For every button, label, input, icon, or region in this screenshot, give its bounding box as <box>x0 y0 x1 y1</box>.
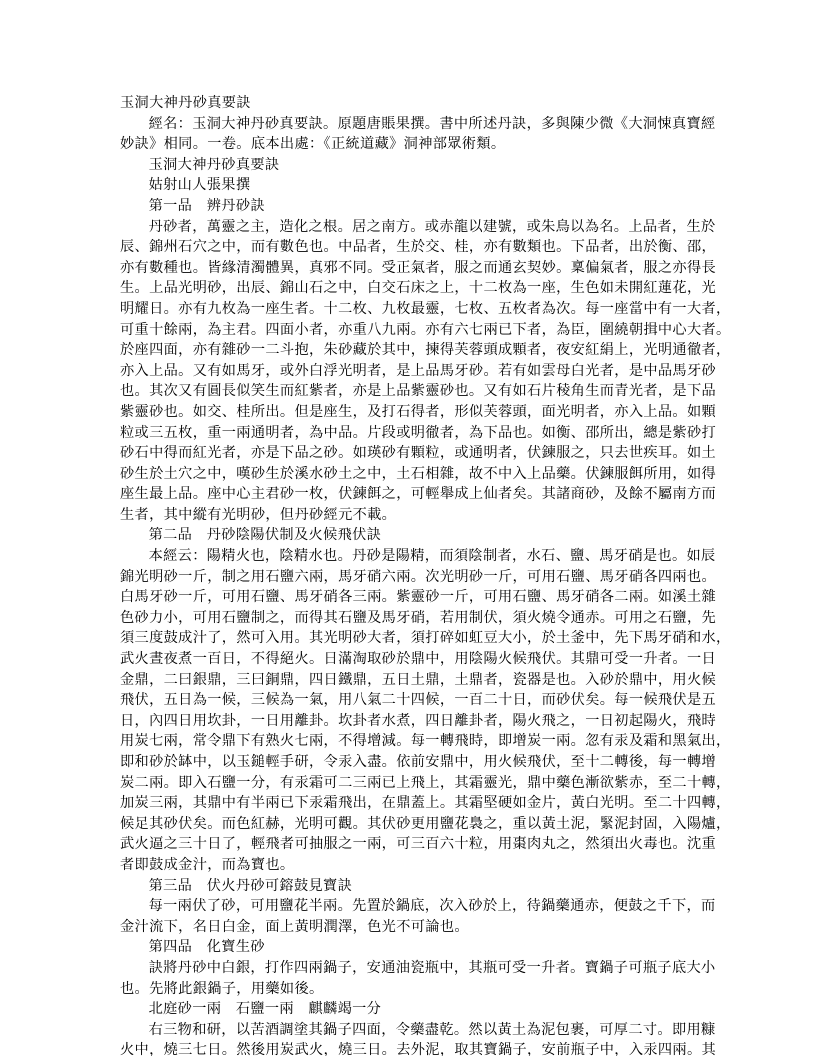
text-line: 姑射山人張果撰 <box>120 175 700 196</box>
text-line: 每一兩伏了砂，可用鹽花半兩。先置於鍋底，次入砂於上，待鍋藥通赤，便鼓之千下，而 <box>120 896 697 917</box>
text-line: 金鼎，二曰銀鼎，三曰銅鼎，四日鐵鼎，五日土鼎，土鼎者，瓷器是也。入砂於鼎中，用火… <box>120 670 697 691</box>
text-line: 於座四面，亦有雜砂一二斗抱，朱砂藏於其中，揀得芙蓉頭成顆者，夜安紅絹上，光明通徹… <box>120 340 697 361</box>
text-line: 妙訣》相同。一卷。底本出處：《正統道藏》洞神部眾術類。 <box>120 134 700 155</box>
text-line: 砂石中得而紅光者，亦是下品之砂。如瑛砂有顆粒，或通明者，伏鍊服之，只去世疾耳。如… <box>120 443 697 464</box>
text-line: 炭二兩。即入石鹽一分，有汞霜可二三兩已上飛上，其霜靈光，鼎中藥色漸欲紫赤，至二十… <box>120 773 697 794</box>
text-line: 座生最上品。座中心主君砂一枚，伏鍊餌之，可輕舉成上仙者矣。其諸商砂，及餘不屬南方… <box>120 484 697 505</box>
text-line: 錦光明砂一斤，制之用石鹽六兩，馬牙硝六兩。次光明砂一斤，可用石鹽、馬牙硝各四兩也… <box>120 567 697 588</box>
text-line: 紫靈砂也。如交、桂所出。但是座生，及打石得者，形似芙蓉頭，面光明者，亦入上品。如… <box>120 402 697 423</box>
text-line: 色砂力小，可用石鹽制之，而得其石鹽及馬牙硝，若用制伏，須火燒令通赤。可用之石鹽，… <box>120 608 697 629</box>
text-line: 飛伏，五日為一候，三候為一氣，用八氣二十四候，一百二十日，而砂伏矣。每一候飛伏是… <box>120 690 697 711</box>
text-line: 生。上品光明砂，出辰、錦山石之中，白交石床之上，十二枚為一座，生色如未開紅蓮花，… <box>120 278 697 299</box>
text-line: 粒或三五枚，重一兩通明者，為中品。片段或明徹者，為下品也。如衡、邵所出，總是紫砂… <box>120 423 697 444</box>
text-line: 用炭七兩，常令鼎下有熟火七兩，不得增減。每一轉飛時，即增炭一兩。忽有汞及霜和黑氣… <box>120 731 697 752</box>
text-line: 右三物和研，以苦酒調塗其鍋子四面，令藥盡乾。然以黃土為泥包裹，可厚二寸。即用糠 <box>120 1020 697 1041</box>
text-line: 白馬牙砂一斤，可用石鹽、馬牙硝各三兩。紫靈砂一斤，可用石鹽、馬牙硝各二兩。如溪土… <box>120 587 697 608</box>
text-line: 砂生於土穴之中，嘆砂生於溪水砂土之中，土石相雜，故不中入上品藥。伏鍊服餌所用，如… <box>120 464 697 485</box>
document-title: 玉洞大神丹砂真要訣 <box>120 93 700 114</box>
text-line: 北庭砂一兩 石鹽一兩 麒麟竭一分 <box>120 999 700 1020</box>
document-page: 玉洞大神丹砂真要訣經名：玉洞大神丹砂真要訣。原題唐賬果撰。書中所述丹訣，多與陳少… <box>120 93 700 1056</box>
text-line: 者即鼓成金汁，而為寶也。 <box>120 855 700 876</box>
text-line: 亦有數種也。皆緣清濁體異，真邪不同。受正氣者，服之而通玄契妙。稟偏氣者，服之亦得… <box>120 258 697 279</box>
text-line: 也。先將此銀鍋子，用藥如後。 <box>120 979 700 1000</box>
text-line: 金汁流下，名日白金，面上黃明潤澤，色光不可論也。 <box>120 917 700 938</box>
text-line: 火中，燒三七日。然後用炭武火，燒三日。去外泥，取其寶鍋子，安前瓶子中，入汞四兩。… <box>120 1040 697 1056</box>
text-line: 經名：玉洞大神丹砂真要訣。原題唐賬果撰。書中所述丹訣，多與陳少微《大洞悚真寶經 <box>120 114 697 135</box>
text-line: 第四品 化寶生砂 <box>120 937 700 958</box>
text-line: 亦入上品。又有如馬牙，或外白浮光明者，是上品馬牙砂。若有如雲母白光者，是中品馬牙… <box>120 361 697 382</box>
text-line: 武火晝夜煮一百日，不得絕火。日滿淘取砂於鼎中，用陰陽火候飛伏。其鼎可受一升者。一… <box>120 649 697 670</box>
text-line: 丹砂者，萬靈之主，造化之根。居之南方。或赤龍以建號，或朱鳥以為名。上品者，生於 <box>120 217 697 238</box>
text-line: 訣將丹砂中白銀，打作四兩鍋子，安通油瓷瓶中，其瓶可受一升者。寶鍋子可瓶子底大小 <box>120 958 697 979</box>
text-line: 辰、錦州石穴之中，而有數色也。中品者，生於交、桂，亦有數類也。下品者，出於衡、邵… <box>120 237 697 258</box>
text-line: 第一品 辨丹砂訣 <box>120 196 700 217</box>
text-line: 日，內四日用坎卦，一日用離卦。坎卦者水煮，四日離卦者，陽火飛之，一日初起陽火，飛… <box>120 711 697 732</box>
text-line: 本經云：陽精火也，陰精水也。丹砂是陽精，而須陰制者，水石、鹽、馬牙硝是也。如辰 <box>120 546 697 567</box>
text-line: 武火逼之三十日了，輕飛者可抽服之一兩，可三百六十粒，用棗肉丸之，然須出火毒也。沈… <box>120 834 697 855</box>
text-line: 生者，其中縱有光明砂，但丹砂經元不載。 <box>120 505 700 526</box>
text-line: 可重十餘兩，為主君。四面小者，亦重八九兩。亦有六七兩已下者，為臣，圍繞朝揖中心大… <box>120 320 697 341</box>
text-line: 第三品 伏火丹砂可鎔鼓見寶訣 <box>120 876 700 897</box>
text-line: 也。其次又有圓長似笑生而紅紫者，亦是上品紫靈砂也。又有如石片稜角生而青光者，是下… <box>120 381 697 402</box>
text-line: 即和砂於缽中，以玉鎚輕手研，令汞入盡。依前安鼎中，用火候飛伏，至十二轉後，每一轉… <box>120 752 697 773</box>
text-line: 明耀日。亦有九枚為一座生者。十二枚、九枚最靈，七枚、五枚者為次。每一座當中有一大… <box>120 299 697 320</box>
text-line: 第二品 丹砂陰陽伏制及火候飛伏訣 <box>120 525 700 546</box>
text-line: 玉洞大神丹砂真要訣 <box>120 155 700 176</box>
text-line: 須三度鼓成汁了，然可入用。其光明砂大者，須打碎如虹豆大小，於土釜中，先下馬牙硝和… <box>120 628 697 649</box>
text-line: 加炭三兩，其鼎中有半兩已下汞霜飛出，在鼎蓋上。其霜堅硬如金片，黃白光明。至二十四… <box>120 793 697 814</box>
text-line: 候足其砂伏矣。而色紅赫，光明可觀。其伏砂更用鹽花裊之，重以黃土泥，緊泥封固，入陽… <box>120 814 697 835</box>
